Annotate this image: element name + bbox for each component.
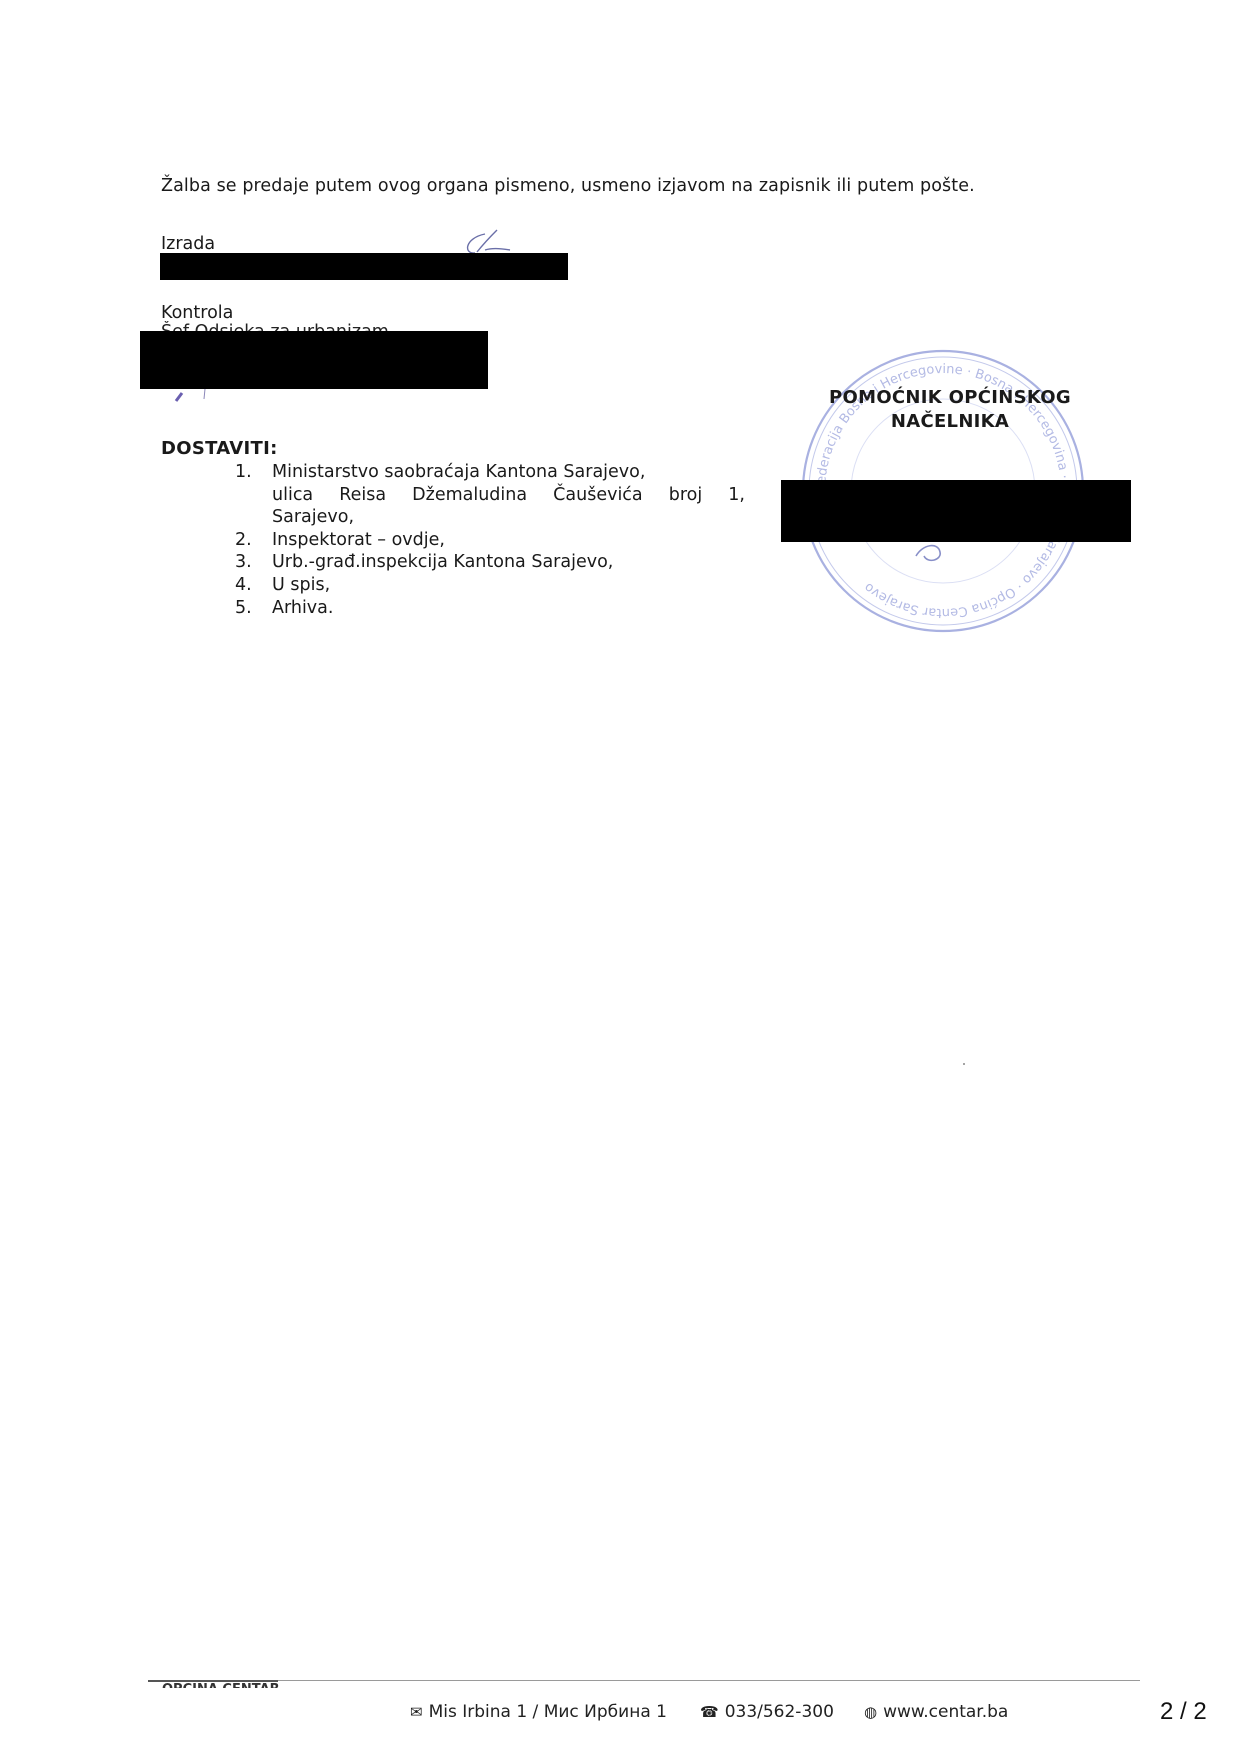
signatory-title: POMOĆNIK OPĆINSKOG NAČELNIKA [800, 386, 1100, 434]
footer-website[interactable]: ◍www.centar.ba [864, 1701, 1008, 1723]
telephone-icon: ☎ [700, 1701, 719, 1723]
list-item: 3. Urb.-građ.inspekcija Kantona Sarajevo… [235, 551, 745, 574]
control-title-partial: Šef Odsjeka za urbanizam [161, 321, 389, 331]
list-item: 5. Arhiva. [235, 597, 745, 620]
signature-stroke-icon [170, 385, 220, 405]
list-item: 4. U spis, [235, 574, 745, 597]
envelope-icon: ✉ [410, 1701, 423, 1723]
footer-phone: ☎033/562-300 [700, 1701, 834, 1723]
prepared-by-label: Izrada [161, 233, 215, 255]
distribution-heading: DOSTAVITI: [161, 438, 278, 459]
appeal-note: Žalba se predaje putem ovog organa pisme… [161, 175, 975, 197]
redacted-signatory-name [781, 480, 1131, 542]
distribution-list: 1. Ministarstvo saobraćaja Kantona Saraj… [235, 461, 745, 619]
footer-clipped-label: OPĆINA CENTAR [162, 1683, 282, 1688]
list-item: 1. Ministarstvo saobraćaja Kantona Saraj… [235, 461, 745, 529]
page-indicator: 2 / 2 [1160, 1698, 1207, 1726]
globe-icon: ◍ [864, 1701, 877, 1723]
footer-divider [148, 1680, 1140, 1681]
redacted-name-prepared [160, 253, 568, 280]
footer-address: ✉Mis Irbina 1 / Мис Ирбина 1 [410, 1701, 667, 1723]
footer-divider-accent [148, 1680, 278, 1682]
scan-speck [963, 1063, 965, 1065]
list-item: 2. Inspektorat – ovdje, [235, 529, 745, 552]
redacted-name-control [140, 331, 488, 389]
